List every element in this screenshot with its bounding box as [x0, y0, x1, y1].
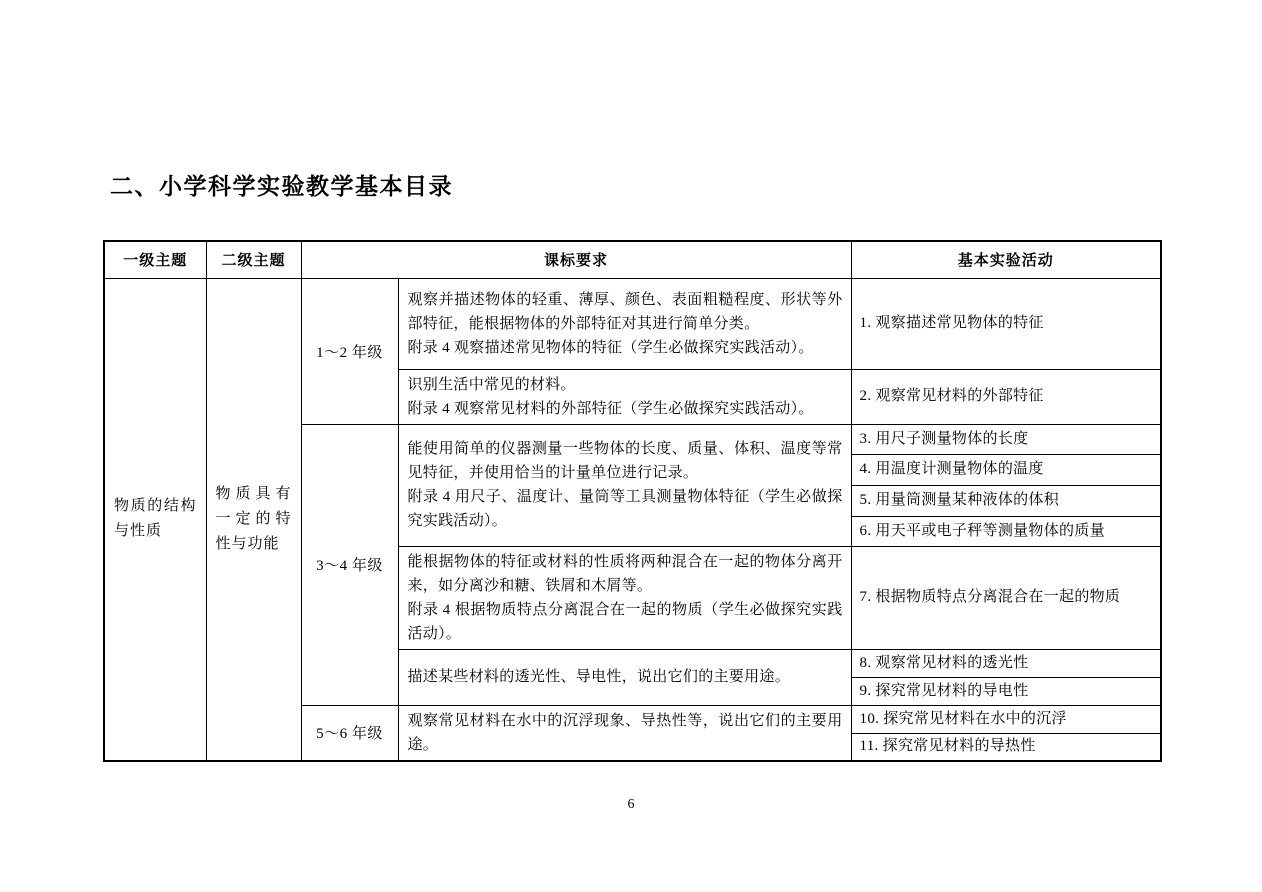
table-header-row: 一级主题 二级主题 课标要求 基本实验活动 — [104, 241, 1161, 278]
activity-cell: 1. 观察描述常见物体的特征 — [851, 278, 1161, 369]
header-cell-basic-activity: 基本实验活动 — [851, 241, 1161, 278]
requirement-cell: 描述某些材料的透光性、导电性，说出它们的主要用途。 — [398, 649, 851, 705]
activity-cell: 9. 探究常见材料的导电性 — [851, 677, 1161, 705]
activity-cell: 4. 用温度计测量物体的温度 — [851, 454, 1161, 485]
catalog-table: 一级主题 二级主题 课标要求 基本实验活动 物质的结构与性质 物质具有一定的特性… — [103, 240, 1162, 762]
activity-cell: 11. 探究常见材料的导热性 — [851, 733, 1161, 760]
requirement-cell: 观察并描述物体的轻重、薄厚、颜色、表面粗糙程度、形状等外部特征，能根据物体的外部… — [398, 278, 851, 369]
page-title: 二、小学科学实验教学基本目录 — [110, 168, 453, 201]
grade-cell-3-4: 3～4 年级 — [301, 424, 398, 705]
requirement-cell: 识别生活中常见的材料。 附录 4 观察常见材料的外部特征（学生必做探究实践活动）… — [398, 369, 851, 424]
level1-theme-cell: 物质的结构与性质 — [104, 278, 206, 761]
header-cell-level1-theme: 一级主题 — [104, 241, 206, 278]
document-page: 二、小学科学实验教学基本目录 一级主题 二级主题 课标要求 基本实验活动 物质的… — [0, 0, 1262, 892]
level2-theme-cell: 物质具有一定的特性与功能 — [206, 278, 301, 761]
activity-cell: 8. 观察常见材料的透光性 — [851, 649, 1161, 677]
grade-cell-1-2: 1～2 年级 — [301, 278, 398, 424]
page-number: 6 — [0, 797, 1262, 813]
header-cell-standard-requirement: 课标要求 — [301, 241, 851, 278]
requirement-cell: 能使用简单的仪器测量一些物体的长度、质量、体积、温度等常见特征，并使用恰当的计量… — [398, 424, 851, 546]
requirement-cell: 能根据物体的特征或材料的性质将两种混合在一起的物体分离开来，如分离沙和糖、铁屑和… — [398, 546, 851, 649]
activity-cell: 5. 用量筒测量某种液体的体积 — [851, 485, 1161, 516]
activity-cell: 7. 根据物质特点分离混合在一起的物质 — [851, 546, 1161, 649]
requirement-cell: 观察常见材料在水中的沉浮现象、导热性等，说出它们的主要用途。 — [398, 705, 851, 761]
activity-cell: 6. 用天平或电子秤等测量物体的质量 — [851, 516, 1161, 546]
activity-cell: 3. 用尺子测量物体的长度 — [851, 424, 1161, 454]
table-row: 物质的结构与性质 物质具有一定的特性与功能 1～2 年级 观察并描述物体的轻重、… — [104, 278, 1161, 369]
header-cell-level2-theme: 二级主题 — [206, 241, 301, 278]
grade-cell-5-6: 5～6 年级 — [301, 705, 398, 761]
activity-cell: 2. 观察常见材料的外部特征 — [851, 369, 1161, 424]
activity-cell: 10. 探究常见材料在水中的沉浮 — [851, 705, 1161, 733]
